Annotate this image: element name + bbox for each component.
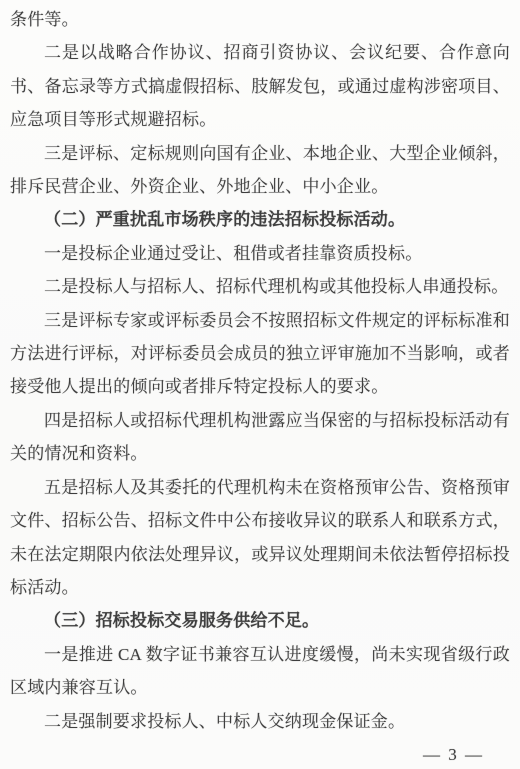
document-page: 条件等。 二是以战略合作协议、招商引资协议、会议纪要、合作意向书、备忘录等方式搞… xyxy=(0,0,520,769)
paragraph-section3-item-1: 一是推进 CA 数字证书兼容互认进度缓慢，尚未实现省级行政区域内兼容互认。 xyxy=(10,638,510,705)
paragraph-continuation: 条件等。 xyxy=(10,3,510,36)
section-heading-3: （三）招标投标交易服务供给不足。 xyxy=(10,604,510,637)
paragraph-section2-item-4: 四是招标人或招标代理机构泄露应当保密的与招标投标活动有关的情况和资料。 xyxy=(10,404,510,471)
page-number: — 3 — xyxy=(10,738,510,769)
paragraph-section3-item-2: 二是强制要求投标人、中标人交纳现金保证金。 xyxy=(10,705,510,738)
paragraph-section2-item-2: 二是投标人与招标人、招标代理机构或其他投标人串通投标。 xyxy=(10,270,510,303)
section-heading-2: （二）严重扰乱市场秩序的违法招标投标活动。 xyxy=(10,203,510,236)
paragraph-section2-item-1: 一是投标企业通过受让、租借或者挂靠资质投标。 xyxy=(10,237,510,270)
paragraph-item-3: 三是评标、定标规则向国有企业、本地企业、大型企业倾斜，排斥民营企业、外资企业、外… xyxy=(10,137,510,204)
paragraph-section2-item-5: 五是招标人及其委托的代理机构未在资格预审公告、资格预审文件、招标公告、招标文件中… xyxy=(10,471,510,605)
paragraph-section2-item-3: 三是评标专家或评标委员会不按照招标文件规定的评标标准和方法进行评标，对评标委员会… xyxy=(10,304,510,404)
paragraph-item-2: 二是以战略合作协议、招商引资协议、会议纪要、合作意向书、备忘录等方式搞虚假招标、… xyxy=(10,36,510,136)
